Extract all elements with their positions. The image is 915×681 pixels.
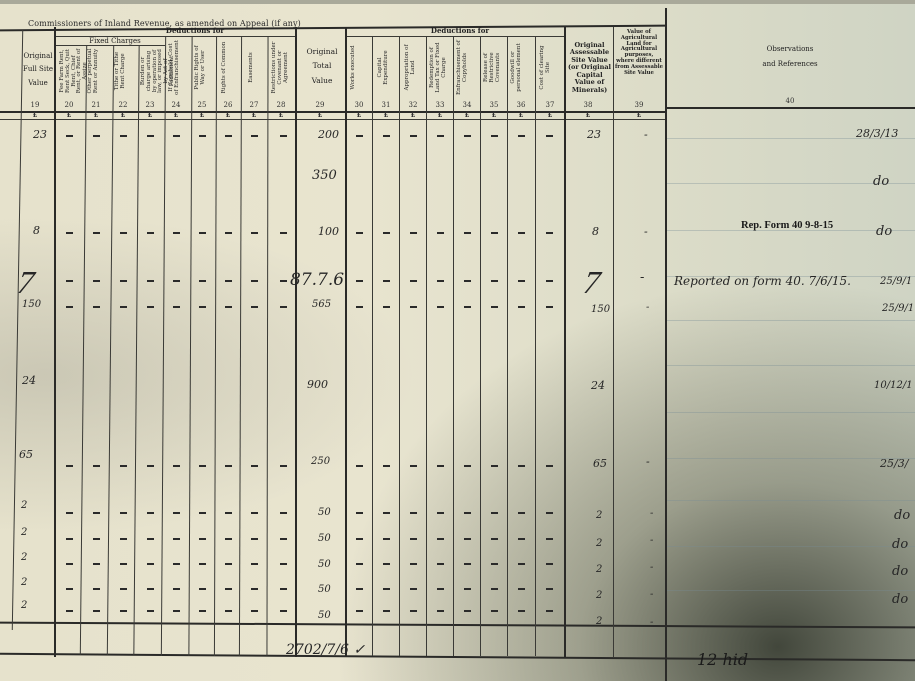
row-8-full-site-value: 2	[21, 527, 27, 538]
nil-dash	[173, 135, 180, 137]
col-32-header: Appropriation of Land	[405, 40, 417, 95]
col-35-header: Release of Restrictive Covenants	[484, 40, 501, 95]
col-num: 26	[218, 101, 238, 109]
row-6-assessable-value: 65	[593, 457, 607, 470]
col-36-header: Goodwill or personal element	[511, 40, 523, 95]
row-2-total-value: 100	[318, 225, 339, 238]
nil-dash	[546, 465, 553, 467]
pound-sign: £	[218, 110, 238, 119]
row-0-agri-value: -	[644, 128, 648, 141]
col-39-header: Value of Agricultural Land for Agricultu…	[615, 30, 663, 77]
row-4-assessable-value: 150	[591, 304, 610, 315]
pound-sign: £	[25, 110, 45, 119]
col-num: 19	[25, 101, 45, 109]
nil-dash	[199, 306, 206, 308]
row-9-date: do	[892, 564, 908, 579]
page-edge	[0, 0, 915, 4]
nil-dash	[410, 538, 417, 540]
pound-sign: £	[86, 110, 106, 119]
col-num: 30	[349, 101, 369, 109]
nil-dash	[199, 563, 206, 565]
col-29-header: Original Total Value	[302, 45, 342, 88]
nil-dash	[199, 135, 206, 137]
nil-dash	[518, 610, 525, 612]
nil-dash	[546, 232, 553, 234]
nil-dash	[464, 563, 471, 565]
nil-dash	[437, 306, 444, 308]
nil-dash	[120, 588, 127, 590]
col-21-header: Other perpetual Rent or Annuity	[88, 47, 100, 95]
nil-dash	[356, 563, 363, 565]
row-5-total-value: 900	[307, 378, 328, 391]
row-11-full-site-value: 2	[21, 600, 27, 611]
row-7-date: do	[894, 508, 910, 523]
nil-dash	[173, 610, 180, 612]
nil-dash	[66, 512, 73, 514]
nil-dash	[491, 280, 498, 282]
nil-dash	[251, 563, 258, 565]
nil-dash	[280, 465, 287, 467]
nil-dash	[147, 306, 154, 308]
nil-dash	[518, 512, 525, 514]
col-num: 37	[540, 101, 560, 109]
nil-dash	[280, 563, 287, 565]
row-10-full-site-value: 2	[21, 577, 27, 588]
col-num: 35	[484, 101, 504, 109]
nil-dash	[437, 610, 444, 612]
row-7-full-site-value: 2	[21, 500, 27, 511]
nil-dash	[66, 135, 73, 137]
pound-sign: £	[430, 110, 450, 119]
nil-dash	[225, 306, 232, 308]
nil-dash	[173, 306, 180, 308]
row-9-full-site-value: 2	[21, 552, 27, 563]
nil-dash	[464, 306, 471, 308]
fixed-charges-rule	[55, 45, 165, 46]
col-num: 27	[244, 101, 264, 109]
nil-dash	[356, 538, 363, 540]
nil-dash	[356, 135, 363, 137]
nil-dash	[383, 512, 390, 514]
nil-dash	[518, 232, 525, 234]
nil-dash	[546, 135, 553, 137]
nil-dash	[147, 280, 154, 282]
row-8-date: do	[892, 537, 908, 552]
col-27-header: Easements	[249, 40, 255, 95]
row-0-date: 28/3/13	[856, 127, 898, 140]
col-38-header: Original Assessable Site Value (or Origi…	[567, 42, 612, 94]
nil-dash	[518, 135, 525, 137]
row-5-assessable-value: 24	[591, 379, 605, 392]
nil-dash	[410, 465, 417, 467]
nil-dash	[383, 135, 390, 137]
nil-dash	[464, 280, 471, 282]
nil-dash	[383, 610, 390, 612]
nil-dash	[251, 610, 258, 612]
col-22-header: Tithe or Tithe Rent Charge	[115, 47, 127, 95]
col-31-header: Capital Expenditure	[378, 40, 390, 95]
nil-dash	[383, 280, 390, 282]
nil-dash	[120, 135, 127, 137]
row-3-observation: Reported on form 40. 7/6/15.	[674, 274, 851, 288]
nil-dash	[356, 610, 363, 612]
row-3-assessable-value: 7	[578, 264, 606, 301]
nil-dash	[173, 232, 180, 234]
totals-bottom-rule	[0, 653, 915, 661]
deductions-header-right: Deductions for	[430, 27, 490, 35]
nil-dash	[410, 232, 417, 234]
nil-dash	[546, 306, 553, 308]
pound-sign: £	[376, 110, 396, 119]
row-10-agri-value: -	[650, 589, 653, 600]
row-2-agri-value: -	[644, 225, 648, 238]
nil-dash	[251, 232, 258, 234]
nil-dash	[491, 610, 498, 612]
nil-dash	[546, 610, 553, 612]
pound-sign: £	[511, 110, 531, 119]
col-num: 36	[511, 101, 531, 109]
row-5-full-site-value: 24	[22, 374, 36, 387]
nil-dash	[356, 306, 363, 308]
nil-dash	[437, 232, 444, 234]
col-num: 21	[86, 101, 106, 109]
nil-dash	[518, 465, 525, 467]
nil-dash	[491, 232, 498, 234]
nil-dash	[120, 465, 127, 467]
nil-dash	[66, 280, 73, 282]
nil-dash	[225, 232, 232, 234]
nil-dash	[120, 232, 127, 234]
nil-dash	[491, 563, 498, 565]
nil-dash	[251, 538, 258, 540]
row-6-agri-value: -	[646, 455, 650, 468]
nil-dash	[173, 538, 180, 540]
nil-dash	[93, 512, 100, 514]
nil-dash	[280, 280, 287, 282]
nil-dash	[491, 465, 498, 467]
nil-dash	[173, 280, 180, 282]
col-30-header: Works executed	[351, 40, 357, 95]
nil-dash	[410, 280, 417, 282]
nil-dash	[199, 280, 206, 282]
col-num: 39	[629, 101, 649, 109]
nil-dash	[410, 563, 417, 565]
nil-dash	[491, 512, 498, 514]
nil-dash	[383, 563, 390, 565]
nil-dash	[199, 232, 206, 234]
nil-dash	[356, 588, 363, 590]
nil-dash	[546, 538, 553, 540]
row-2-full-site-value: 8	[33, 224, 40, 237]
nil-dash	[199, 610, 206, 612]
total-observation: 12 hid	[697, 650, 748, 669]
pound-sign: £	[310, 110, 330, 119]
nil-dash	[147, 232, 154, 234]
nil-dash	[437, 280, 444, 282]
col-num: 24	[166, 101, 186, 109]
nil-dash	[147, 465, 154, 467]
nil-dash	[199, 512, 206, 514]
pound-sign: £	[140, 110, 160, 119]
nil-dash	[93, 538, 100, 540]
nil-dash	[199, 465, 206, 467]
col-34-header: Enfranchisement of Copyholds	[457, 40, 469, 95]
nil-dash	[251, 306, 258, 308]
nil-dash	[147, 135, 154, 137]
nil-dash	[280, 306, 287, 308]
nil-dash	[280, 512, 287, 514]
row-7-total-value: 50	[318, 507, 331, 518]
row-4-full-site-value: 150	[22, 299, 41, 310]
col-num: 34	[457, 101, 477, 109]
nil-dash	[383, 306, 390, 308]
nil-dash	[173, 588, 180, 590]
nil-dash	[120, 563, 127, 565]
nil-dash	[546, 563, 553, 565]
nil-dash	[491, 306, 498, 308]
nil-dash	[199, 588, 206, 590]
nil-dash	[464, 512, 471, 514]
row-4-total-value: 565	[312, 299, 331, 310]
nil-dash	[173, 512, 180, 514]
col-25-header: Public Rights of Way or User	[195, 40, 207, 95]
nil-dash	[518, 306, 525, 308]
nil-dash	[93, 465, 100, 467]
row-1-total-value: 350	[312, 168, 337, 183]
nil-dash	[225, 588, 232, 590]
row-11-total-value: 50	[318, 610, 331, 621]
row-3-total-value: 87.7.6	[290, 270, 344, 290]
nil-dash	[93, 610, 100, 612]
nil-dash	[410, 512, 417, 514]
nil-dash	[437, 588, 444, 590]
pound-sign: £	[59, 110, 79, 119]
nil-dash	[225, 563, 232, 565]
nil-dash	[173, 563, 180, 565]
row-1-date: do	[873, 174, 889, 189]
nil-dash	[225, 280, 232, 282]
col-num: 22	[113, 101, 133, 109]
nil-dash	[491, 588, 498, 590]
row-8-total-value: 50	[318, 533, 331, 544]
nil-dash	[147, 563, 154, 565]
nil-dash	[225, 610, 232, 612]
nil-dash	[173, 465, 180, 467]
deductions-rule-right	[345, 36, 565, 37]
nil-dash	[410, 135, 417, 137]
nil-dash	[147, 588, 154, 590]
col-num: 20	[59, 101, 79, 109]
row-9-agri-value: -	[650, 562, 653, 573]
deductions-header-left: Deductions for	[165, 27, 225, 35]
nil-dash	[120, 306, 127, 308]
col-num: 31	[376, 101, 396, 109]
col-37-header: Cost of clearing Site	[540, 40, 552, 95]
col-28-header: Restrictions under Covenant or Agreement	[272, 40, 289, 95]
nil-dash	[437, 465, 444, 467]
col-num: 38	[578, 101, 598, 109]
row-0-total-value: 200	[318, 128, 339, 141]
pound-sign: £	[113, 110, 133, 119]
pound-sign: £	[403, 110, 423, 119]
nil-dash	[93, 232, 100, 234]
row-3-date: 25/9/1	[880, 276, 912, 287]
nil-dash	[225, 465, 232, 467]
row-0-assessable-value: 23	[587, 128, 601, 141]
nil-dash	[251, 135, 258, 137]
nil-dash	[93, 563, 100, 565]
row-9-total-value: 50	[318, 559, 331, 570]
nil-dash	[383, 588, 390, 590]
observations-header-rule	[665, 107, 915, 109]
nil-dash	[437, 563, 444, 565]
pound-sign: £	[578, 110, 598, 119]
nil-dash	[518, 563, 525, 565]
nil-dash	[356, 465, 363, 467]
row-0-full-site-value: 23	[33, 128, 47, 141]
nil-dash	[464, 135, 471, 137]
col-num: 33	[430, 101, 450, 109]
col-20-header: Fee Farm Rent, Rent Seck, Quit Rent, Chi…	[60, 47, 89, 95]
row-10-date: do	[892, 592, 908, 607]
row-10-total-value: 50	[318, 584, 331, 595]
nil-dash	[66, 232, 73, 234]
nil-dash	[437, 135, 444, 137]
nil-dash	[546, 588, 553, 590]
col-num: 32	[403, 101, 423, 109]
row-6-date: 25/3/	[880, 457, 908, 470]
nil-dash	[437, 538, 444, 540]
pound-sign: £	[271, 110, 291, 119]
nil-dash	[251, 512, 258, 514]
nil-dash	[383, 232, 390, 234]
nil-dash	[120, 280, 127, 282]
nil-dash	[356, 232, 363, 234]
col-num: 29	[310, 101, 330, 109]
nil-dash	[383, 538, 390, 540]
pound-sign: £	[192, 110, 212, 119]
pound-sign: £	[166, 110, 186, 119]
row-8-assessable-value: 2	[596, 538, 602, 549]
nil-dash	[120, 512, 127, 514]
nil-dash	[491, 135, 498, 137]
nil-dash	[147, 538, 154, 540]
pound-sign: £	[484, 110, 504, 119]
nil-dash	[410, 610, 417, 612]
ledger-page: Commissioners of Inland Revenue, as amen…	[0, 0, 915, 681]
nil-dash	[280, 135, 287, 137]
nil-dash	[93, 280, 100, 282]
nil-dash	[410, 588, 417, 590]
nil-dash	[199, 538, 206, 540]
nil-dash	[66, 538, 73, 540]
row-2-observation-stamp: Rep. Form 40 9-8-15	[741, 220, 833, 231]
nil-dash	[518, 588, 525, 590]
row-4-agri-value: -	[646, 302, 649, 313]
nil-dash	[280, 588, 287, 590]
pound-sign: £	[629, 110, 649, 119]
nil-dash	[225, 538, 232, 540]
row-3-agri-value: -	[640, 270, 644, 285]
row-3-full-site-value: 7	[12, 264, 40, 301]
nil-dash	[280, 538, 287, 540]
nil-dash	[147, 610, 154, 612]
col-24-header: If Copyhold, Cost of Enfranchisement	[169, 40, 181, 95]
nil-dash	[251, 588, 258, 590]
row-2-date: do	[876, 224, 892, 239]
nil-dash	[93, 306, 100, 308]
nil-dash	[410, 306, 417, 308]
pound-sign: £	[540, 110, 560, 119]
row-11-agri-value: -	[650, 617, 653, 628]
row-2-assessable-value: 8	[592, 225, 599, 238]
nil-dash	[66, 563, 73, 565]
pound-sign: £	[244, 110, 264, 119]
row-4-date: 25/9/1	[882, 303, 914, 314]
nil-dash	[93, 588, 100, 590]
nil-dash	[546, 512, 553, 514]
nil-dash	[225, 135, 232, 137]
nil-dash	[464, 465, 471, 467]
row-7-assessable-value: 2	[596, 510, 602, 521]
nil-dash	[464, 610, 471, 612]
col-num: 28	[271, 101, 291, 109]
nil-dash	[93, 135, 100, 137]
pound-sign: £	[349, 110, 369, 119]
nil-dash	[546, 280, 553, 282]
nil-dash	[251, 280, 258, 282]
nil-dash	[464, 588, 471, 590]
nil-dash	[491, 538, 498, 540]
row-10-assessable-value: 2	[596, 590, 602, 601]
row-5-date: 10/12/1	[874, 380, 913, 391]
nil-dash	[147, 512, 154, 514]
row-8-agri-value: -	[650, 535, 653, 546]
nil-dash	[356, 512, 363, 514]
row-11-assessable-value: 2	[596, 616, 602, 627]
row-7-agri-value: -	[650, 508, 653, 519]
nil-dash	[280, 232, 287, 234]
col-19-header: Original Full Site Value	[22, 50, 54, 90]
nil-dash	[225, 512, 232, 514]
nil-dash	[383, 465, 390, 467]
col-num: 25	[192, 101, 212, 109]
col-num: 23	[140, 101, 160, 109]
col-num: 40	[780, 97, 800, 105]
nil-dash	[356, 280, 363, 282]
nil-dash	[66, 465, 73, 467]
row-9-assessable-value: 2	[596, 564, 602, 575]
col-26-header: Rights of Common	[222, 40, 228, 95]
col-33-header: Redemption of Land Tax or Fixed Charge	[430, 40, 447, 95]
nil-dash	[464, 232, 471, 234]
nil-dash	[66, 306, 73, 308]
row-6-full-site-value: 65	[19, 448, 33, 461]
nil-dash	[464, 538, 471, 540]
nil-dash	[518, 280, 525, 282]
fixed-charges-header: Fixed Charges	[85, 37, 145, 45]
nil-dash	[437, 512, 444, 514]
total-value-sum: 2702/7/6 ✓	[286, 642, 365, 658]
totals-top-rule	[0, 622, 915, 629]
nil-dash	[120, 610, 127, 612]
nil-dash	[66, 588, 73, 590]
nil-dash	[66, 610, 73, 612]
nil-dash	[518, 538, 525, 540]
pound-sign: £	[457, 110, 477, 119]
row-6-total-value: 250	[311, 456, 330, 467]
nil-dash	[120, 538, 127, 540]
